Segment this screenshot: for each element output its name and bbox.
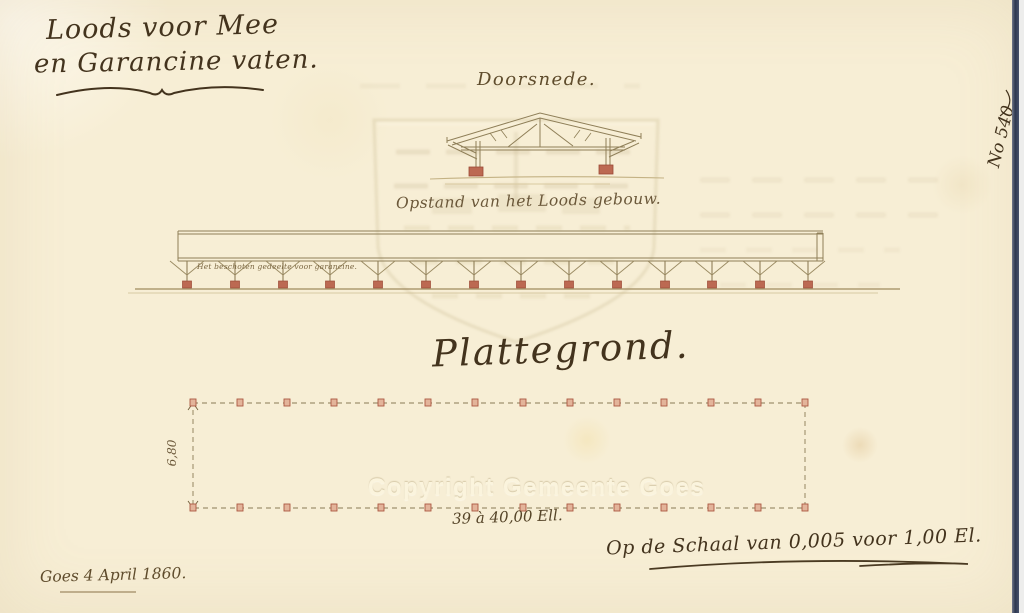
plan-depth-dimension: 6,80 [165, 431, 179, 475]
cross-section-label: Doorsnede. [477, 69, 596, 90]
scale-note: Op de Schaal van 0,005 voor 1,00 El. [606, 524, 982, 559]
dimension-arrow-bottom [188, 501, 198, 508]
watermark-crest [360, 86, 960, 342]
elevation-label: Opstand van het Loods gebouw. [396, 190, 661, 213]
scan-edge-dark [1012, 0, 1019, 613]
date-signature: Goes 4 April 1860. [40, 564, 187, 586]
plan-post-marks-top [190, 399, 808, 406]
page-title-line2: en Garancine vaten. [34, 45, 319, 80]
title-flourish [57, 87, 263, 95]
watermark-copyright-text: Copyright Gemeente Goes [368, 474, 705, 502]
scale-underline-flourish [650, 561, 968, 569]
scan-edge-white [1019, 0, 1024, 613]
page-title-line1: Loods voor Mee [46, 9, 280, 46]
plan-length-dimension: 39 à 40,00 Ell. [452, 506, 563, 528]
floor-plan-label: Plattegrond. [431, 324, 690, 376]
cross-section-drawing [430, 113, 664, 184]
dimension-arrow-top [188, 403, 198, 410]
elevation-annotation: Het beschoten gedeelte voor garancine. [197, 262, 357, 271]
drawing-sheet: Copyright Gemeente Goes [0, 0, 1024, 613]
